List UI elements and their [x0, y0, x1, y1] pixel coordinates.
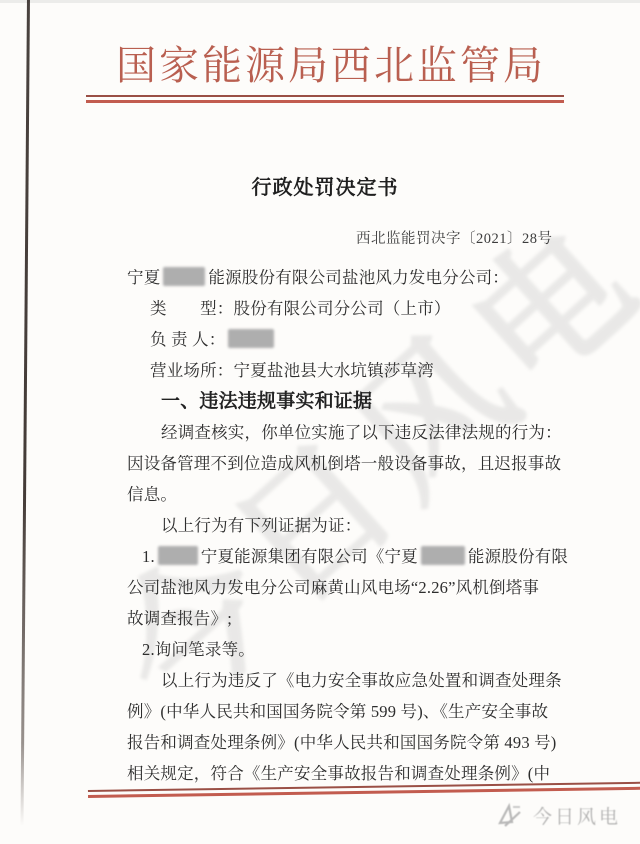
text-run: 能源股份有限公司盐池风力发电分公司：: [208, 268, 509, 287]
pinwheel-logo-icon: [496, 801, 524, 829]
redaction-block: [421, 546, 465, 565]
text-run: 营业场所：宁夏盐池县大水坑镇莎草湾: [150, 361, 434, 380]
page-left-scan-edge: [20, 0, 30, 826]
document-reference-number: 西北监能罚决字〔2021〕28号: [356, 227, 553, 248]
header-rule-thick-line: [86, 100, 564, 103]
text-run: 以上行为违反了《电力安全事故应急处置和调查处理条: [161, 671, 562, 690]
text-run: 例》(中华人民共和国国务院令第 599 号)、《生产安全事故: [127, 702, 548, 721]
redaction-block: [228, 329, 274, 348]
company-type-line: 类 型：股份有限公司分公司（上市）: [127, 293, 563, 324]
redaction-block: [158, 546, 198, 565]
facts-paragraph-start: 经调查核实，你单位实施了以下违反法律法规的行为：: [127, 417, 563, 448]
evidence-item-1-cont: 公司盐池风力发电分公司麻黄山风电场“2.26”风机倒塔事: [127, 572, 563, 603]
document-title: 行政处罚决定书: [5, 171, 640, 200]
text-run: 经调查核实，你单位实施了以下违反法律法规的行为：: [161, 423, 562, 442]
text-run: 类 型：股份有限公司分公司（上市）: [150, 299, 451, 318]
section-one-heading: 一、违法违规事实和证据: [127, 386, 563, 417]
text-run: 宁夏能源集团有限公司《宁夏: [201, 547, 418, 566]
text-run: 能源股份有限: [468, 547, 568, 566]
facts-paragraph-cont: 信息。: [127, 479, 563, 510]
text-run: 一、违法违规事实和证据: [161, 391, 372, 412]
evidence-item-1-cont: 故调查报告》;: [127, 603, 563, 634]
text-run: 信息。: [127, 485, 177, 504]
facts-paragraph-cont: 因设备管理不到位造成风机倒塔一般设备事故，且迟报事故: [127, 448, 563, 479]
text-run: 相关规定，符合《生产安全事故报告和调查处理条例》(中: [127, 764, 550, 783]
legal-basis-paragraph-start: 以上行为违反了《电力安全事故应急处置和调查处理条: [127, 665, 563, 696]
evidence-item-2: 2.询问笔录等。: [127, 634, 563, 665]
evidence-intro-line: 以上行为有下列证据为证：: [127, 510, 563, 541]
scanned-penalty-document-page: 今日风电 国家能源局西北监管局 行政处罚决定书 西北监能罚决字〔2021〕28号…: [0, 0, 640, 844]
text-run: 报告和调查处理条例》(中华人民共和国国务院令第 493 号): [127, 733, 557, 752]
business-address-line: 营业场所：宁夏盐池县大水坑镇莎草湾: [127, 355, 563, 386]
corner-watermark: 今日风电: [496, 801, 621, 829]
text-run: 2.询问笔录等。: [142, 640, 255, 659]
legal-basis-paragraph-cont: 例》(中华人民共和国国务院令第 599 号)、《生产安全事故: [127, 696, 563, 727]
text-run: 以上行为有下列证据为证：: [161, 516, 361, 535]
text-run: 因设备管理不到位造成风机倒塔一般设备事故，且迟报事故: [127, 454, 561, 473]
legal-basis-paragraph-cont: 报告和调查处理条例》(中华人民共和国国务院令第 493 号): [127, 727, 563, 758]
addressee-line: 宁夏能源股份有限公司盐池风力发电分公司：: [127, 262, 563, 293]
document-body: 宁夏能源股份有限公司盐池风力发电分公司：类 型：股份有限公司分公司（上市）负 责…: [127, 262, 563, 789]
issuing-agency-title: 国家能源局西北监管局: [116, 34, 546, 91]
redaction-block: [163, 267, 205, 286]
page-top-edge: [0, 0, 640, 3]
header-double-rule: [86, 95, 564, 103]
person-in-charge-line: 负 责 人：: [127, 324, 563, 355]
evidence-item-1: 1.宁夏能源集团有限公司《宁夏能源股份有限: [127, 541, 563, 572]
text-run: 故调查报告》;: [127, 609, 232, 628]
text-run: 宁夏: [127, 268, 160, 287]
corner-watermark-text: 今日风电: [533, 802, 621, 829]
text-run: 公司盐池风力发电分公司麻黄山风电场“2.26”风机倒塔事: [127, 578, 539, 597]
text-run: 1.: [142, 547, 155, 566]
text-run: 负 责 人：: [150, 330, 225, 349]
